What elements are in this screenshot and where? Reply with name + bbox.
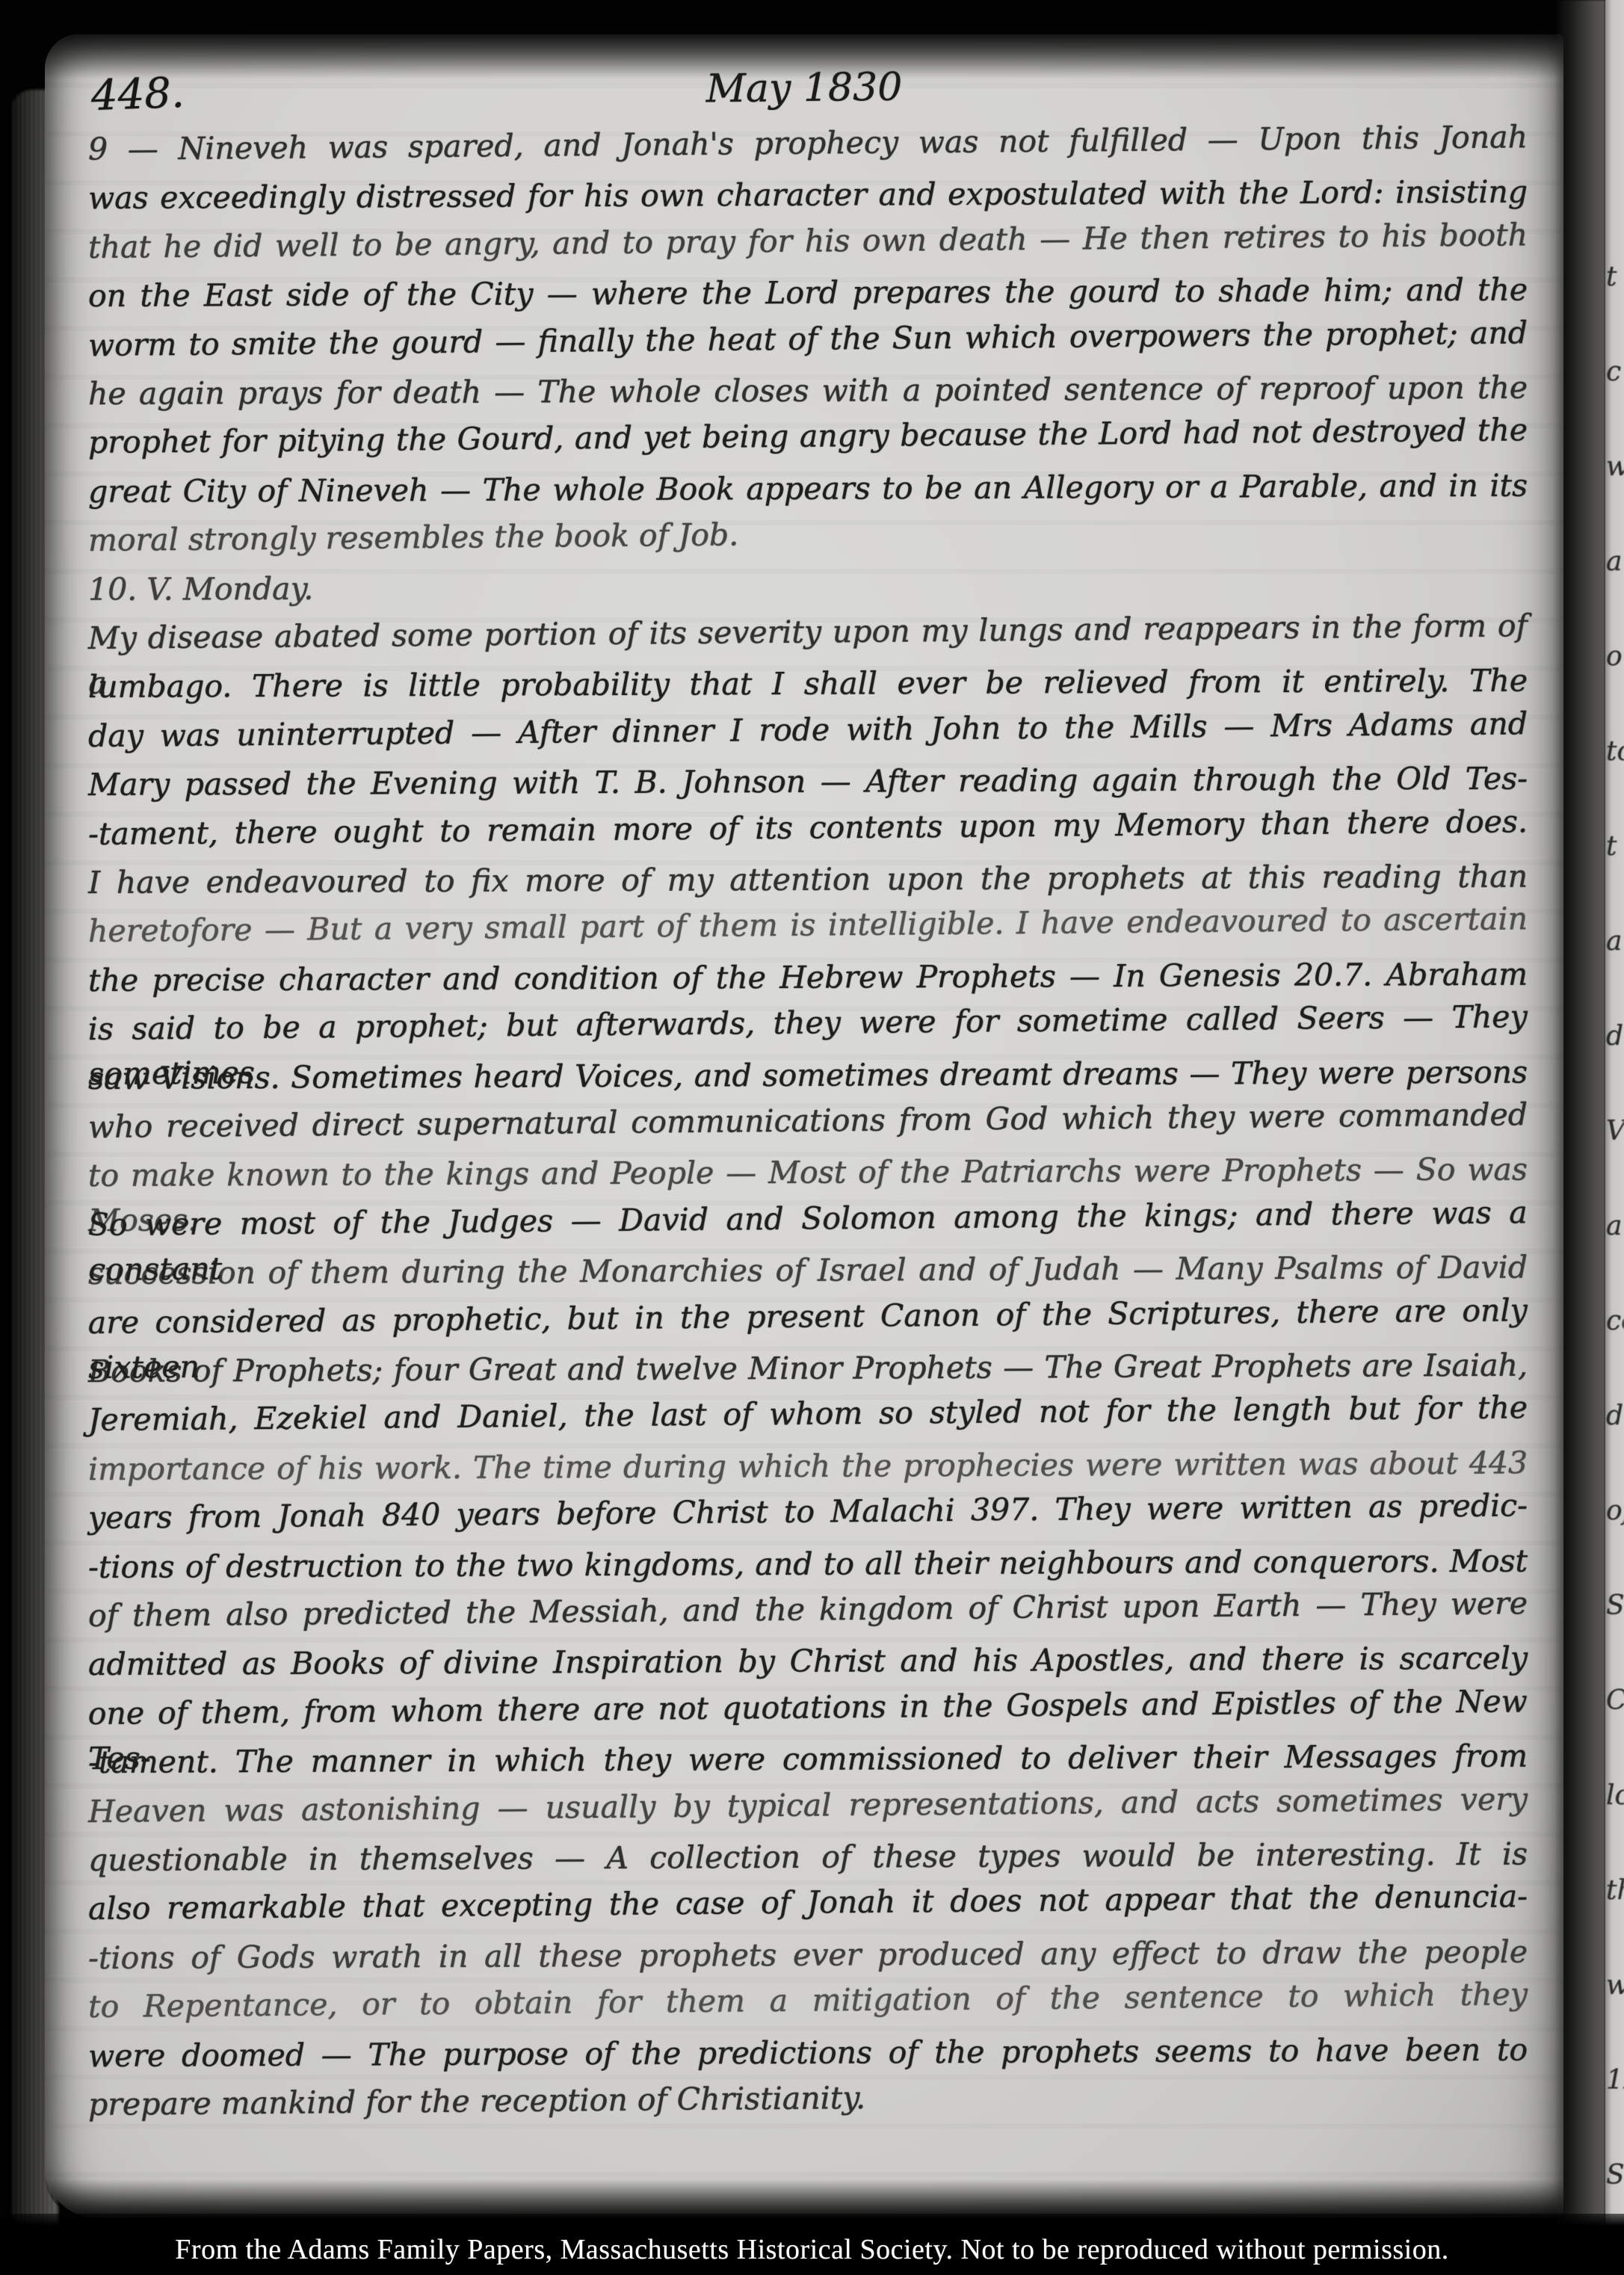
manuscript-line: on the East side of the City — where the… — [88, 268, 1528, 318]
facing-page-text-fragment: lo — [1606, 1780, 1624, 1811]
facing-page-text-fragment: S — [1606, 1590, 1624, 1621]
manuscript-line: the precise character and condition of t… — [88, 951, 1528, 1002]
facing-page-text-fragment: co — [1606, 1306, 1624, 1336]
manuscript-line: day was uninterrupted — After dinner I r… — [88, 701, 1528, 759]
facing-page-text-fragment: w — [1606, 451, 1624, 482]
manuscript-line: 9 — Nineveh was spared, and Jonah's prop… — [88, 114, 1528, 172]
manuscript-line: great City of Nineveh — The whole Book a… — [88, 463, 1528, 513]
manuscript-line: Heaven was astonishing — usually by typi… — [88, 1777, 1528, 1834]
facing-page-text-fragment: o — [1606, 641, 1624, 672]
facing-page-text-fragment: V — [1606, 1116, 1624, 1146]
manuscript-page: 448. May 1830 9 — Nineveh was spared, an… — [45, 34, 1563, 2218]
manuscript-line: succession of them during the Monarchies… — [88, 1245, 1528, 1296]
manuscript-line: prepare mankind for the reception of Chr… — [88, 2069, 1528, 2127]
manuscript-line: that he did well to be angry, and to pra… — [88, 212, 1528, 270]
facing-page-text-fragment: th — [1606, 1875, 1624, 1906]
manuscript-line: to Repentance, or to obtain for them a m… — [88, 1972, 1528, 2029]
manuscript-line: prophet for pitying the Gourd, and yet b… — [88, 408, 1528, 466]
facing-page-text-fragment: a — [1606, 546, 1624, 577]
facing-page-text-fragment: Sp — [1606, 2160, 1624, 2191]
manuscript-line: -tament, there ought to remain more of i… — [88, 799, 1528, 856]
manuscript-line: Jeremiah, Ezekiel and Daniel, the last o… — [88, 1386, 1528, 1443]
facing-page-text-fragment: c — [1606, 356, 1624, 387]
facing-page-text-fragment: w — [1606, 1970, 1624, 2001]
caption-bar: From the Adams Family Papers, Massachuse… — [0, 2214, 1624, 2275]
manuscript-line: years from Jonah 840 years before Christ… — [88, 1483, 1528, 1540]
facing-page-text-fragment: 12 — [1606, 2065, 1624, 2096]
facing-page-text-fragment: a — [1606, 926, 1624, 957]
manuscript-line: were doomed — The purpose of the predict… — [88, 2027, 1528, 2078]
manuscript-line: was exceedingly distressed for his own c… — [88, 170, 1528, 220]
facing-page-text-fragment: d — [1606, 1401, 1624, 1431]
manuscript-line: 10. V. Monday. — [88, 561, 1528, 611]
manuscript-line: lumbago. There is little probability tha… — [88, 658, 1528, 709]
manuscript-text-block: 9 — Nineveh was spared, and Jonah's prop… — [45, 34, 1563, 2218]
manuscript-line: moral strongly resembles the book of Job… — [88, 505, 1528, 563]
manuscript-line: admitted as Books of divine Inspiration … — [88, 1636, 1528, 1687]
manuscript-line: importance of his work. The time during … — [88, 1440, 1528, 1491]
manuscript-line: Mary passed the Evening with T. B. Johns… — [88, 756, 1528, 807]
manuscript-line: heretofore — But a very small part of th… — [88, 897, 1528, 954]
manuscript-line: -tions of destruction to the two kingdom… — [88, 1538, 1528, 1589]
gutter-shadow — [1554, 0, 1605, 2235]
facing-page-text-fragment: a — [1606, 1211, 1624, 1241]
facing-page-text-fragment: t — [1606, 262, 1624, 292]
facing-page-edge: tcwaototadVacodofSCilothw12Sp — [1605, 0, 1624, 2235]
scanned-diary-page: 448. May 1830 9 — Nineveh was spared, an… — [0, 0, 1624, 2275]
caption-text: From the Adams Family Papers, Massachuse… — [175, 2223, 1448, 2266]
manuscript-line: of them also predicted the Messiah, and … — [88, 1581, 1528, 1638]
facing-page-text-fragment: Ci — [1606, 1685, 1624, 1716]
manuscript-line: also remarkable that excepting the case … — [88, 1874, 1528, 1932]
facing-page-text-fragment: of — [1606, 1495, 1624, 1526]
manuscript-line: who received direct supernatural communi… — [88, 1092, 1528, 1149]
manuscript-line: saw Visions. Sometimes heard Voices, and… — [88, 1049, 1528, 1100]
facing-page-text-fragment: to — [1606, 736, 1624, 767]
facing-page-text-fragment: d — [1606, 1021, 1624, 1052]
manuscript-line: worm to smite the gourd — finally the he… — [88, 310, 1528, 368]
facing-page-text-fragment: t — [1606, 831, 1624, 862]
manuscript-line: -tament. The manner in which they were c… — [88, 1734, 1528, 1785]
manuscript-line: -tions of Gods wrath in all these prophe… — [88, 1929, 1528, 1980]
